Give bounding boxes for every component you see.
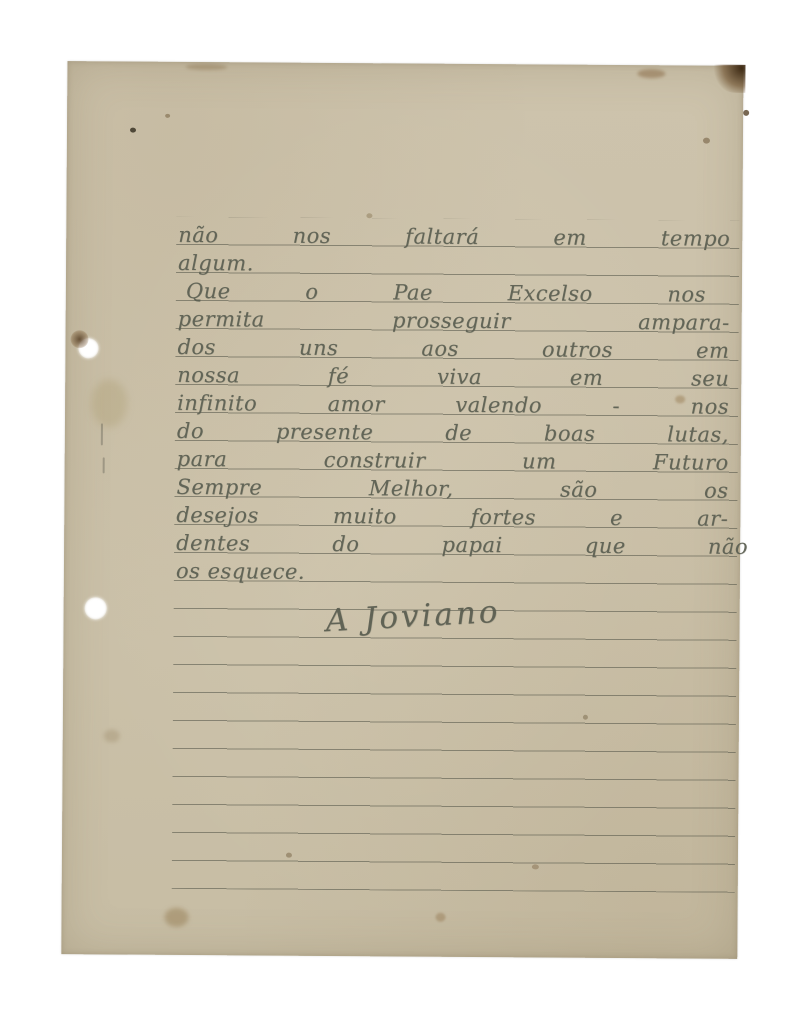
handwriting-layer: nãonosfaltaráemtempoalgum.QueoPaeExcelso… [61,61,743,959]
handwritten-word: Que [186,276,231,306]
handwritten-word: Futuro [653,447,729,478]
handwritten-word: do [177,416,204,446]
handwritten-word: Excelso [508,278,593,309]
handwritten-word: tempo [661,223,731,253]
scanned-letter-page: nãonosfaltaráemtempoalgum.QueoPaeExcelso… [0,0,810,1024]
handwritten-word: para [177,444,228,474]
handwritten-word: dentes [176,528,250,559]
handwritten-word: faltará [405,221,479,252]
stain [743,110,749,116]
handwritten-word: prosseguir [392,305,511,336]
handwritten-word: seu [691,363,729,393]
handwritten-word: nossa [177,360,240,390]
handwritten-word: em [696,336,730,366]
handwritten-word: boas [544,418,596,448]
handwritten-word: o [305,277,318,307]
handwritten-word: aos [421,334,459,364]
handwritten-word: presente [276,417,374,448]
handwritten-word: uns [299,333,339,363]
handwritten-word: nos [667,279,706,309]
handwritten-word: outros [542,334,613,364]
handwritten-word: não [708,532,748,562]
handwritten-word: desejos [176,500,259,531]
handwritten-word: em [553,223,587,253]
paper-sheet: nãonosfaltaráemtempoalgum.QueoPaeExcelso… [61,61,743,959]
handwritten-word: nos [293,221,332,251]
punch-hole [78,338,98,358]
handwritten-word: ampara- [638,307,730,338]
punch-hole [85,597,107,619]
pencil-tick [103,457,105,473]
handwritten-line: os esquece. [176,556,728,590]
handwritten-word: são [560,475,598,505]
handwritten-word: do [332,529,359,559]
handwritten-word: os [704,476,729,506]
handwritten-word: que [585,531,626,561]
handwritten-word: Melhor, [369,473,454,504]
handwritten-word: em [570,363,604,393]
handwritten-word: Pae [393,277,433,307]
handwritten-word: dos [177,332,216,362]
handwritten-word: de [445,418,472,448]
handwritten-word: nos [690,391,729,421]
handwritten-word: um [522,446,557,476]
handwritten-word: e [610,503,623,533]
handwritten-word: lutas, [667,419,729,449]
handwritten-word: valendo [455,390,542,421]
handwritten-word: infinito [177,388,257,419]
handwritten-word: construir [324,445,426,476]
handwritten-word: viva [437,362,482,392]
handwritten-word: ar- [697,504,728,534]
pencil-tick [101,423,103,445]
handwritten-word: fortes [471,502,536,532]
handwritten-word: muito [333,501,397,531]
handwritten-word: Sempre [176,472,262,503]
handwritten-word: não [178,220,218,250]
handwritten-word: permita [178,304,265,335]
handwritten-word: amor [328,389,385,419]
handwritten-word: papai [441,530,502,560]
handwritten-word: - [612,391,620,421]
handwritten-word: fé [328,361,349,391]
